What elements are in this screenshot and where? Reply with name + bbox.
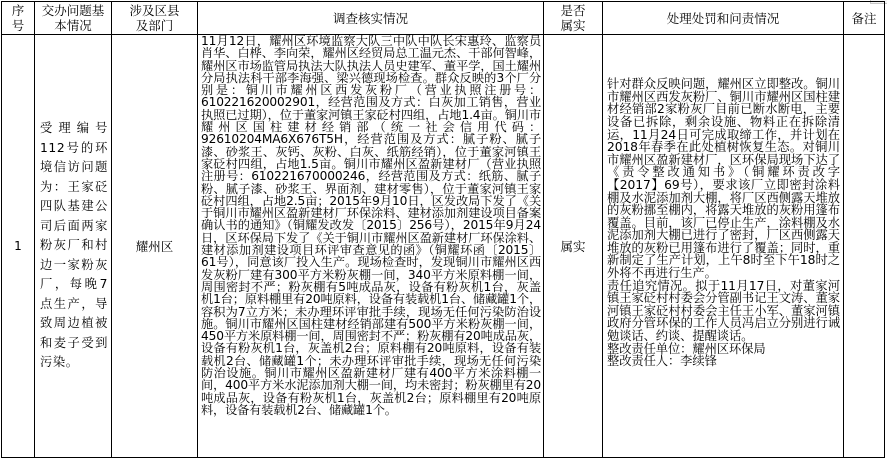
cell-investigation: 11月12日，耀州区环境监察大队三中队中队长宋惠玲、监察员肖华、白桦、李向荣，耀… (198, 35, 544, 458)
handling-accountability: 责任追究情况。拟于11月17日，对董家河镇王家砭村村委会分管副书记王文涛、董家河… (607, 280, 840, 343)
header-note: 备注 (844, 2, 885, 35)
header-handling: 处理处罚和问责情况 (603, 2, 844, 35)
cell-district: 耀州区 (112, 35, 198, 458)
petition-handling-table: 序号 交办问题基本情况 涉及区县及部门 调查核实情况 是否属实 处理处罚和问责情… (1, 1, 885, 458)
header-verified: 是否属实 (544, 2, 603, 35)
header-district: 涉及区县及部门 (112, 2, 198, 35)
cell-verified: 属实 (544, 35, 603, 458)
handling-rectification: 针对群众反映问题，耀州区立即整改。铜川市耀州区西发灰粉厂、铜川市耀州区国柱建材经… (607, 78, 840, 280)
header-row: 序号 交办问题基本情况 涉及区县及部门 调查核实情况 是否属实 处理处罚和问责情… (2, 2, 885, 35)
handling-content: 针对群众反映问题，耀州区立即整改。铜川市耀州区西发灰粉厂、铜川市耀州区国柱建材经… (607, 78, 840, 368)
cell-seq: 1 (2, 35, 35, 458)
cell-basic-situation: 受理编号112号的环境信访问题为：王家砭四队基建公司后面两家粉灰厂和村边一家粉灰… (35, 35, 112, 458)
cell-handling: 针对群众反映问题，耀州区立即整改。铜川市耀州区西发灰粉厂、铜川市耀州区国柱建材经… (603, 35, 844, 458)
cell-note (844, 35, 885, 458)
header-seq: 序号 (2, 2, 35, 35)
header-investigation: 调查核实情况 (198, 2, 544, 35)
header-basic: 交办问题基本情况 (35, 2, 112, 35)
table-row: 1 受理编号112号的环境信访问题为：王家砭四队基建公司后面两家粉灰厂和村边一家… (2, 35, 885, 458)
handling-responsible-person: 整改责任人：李续锋 (607, 355, 840, 368)
